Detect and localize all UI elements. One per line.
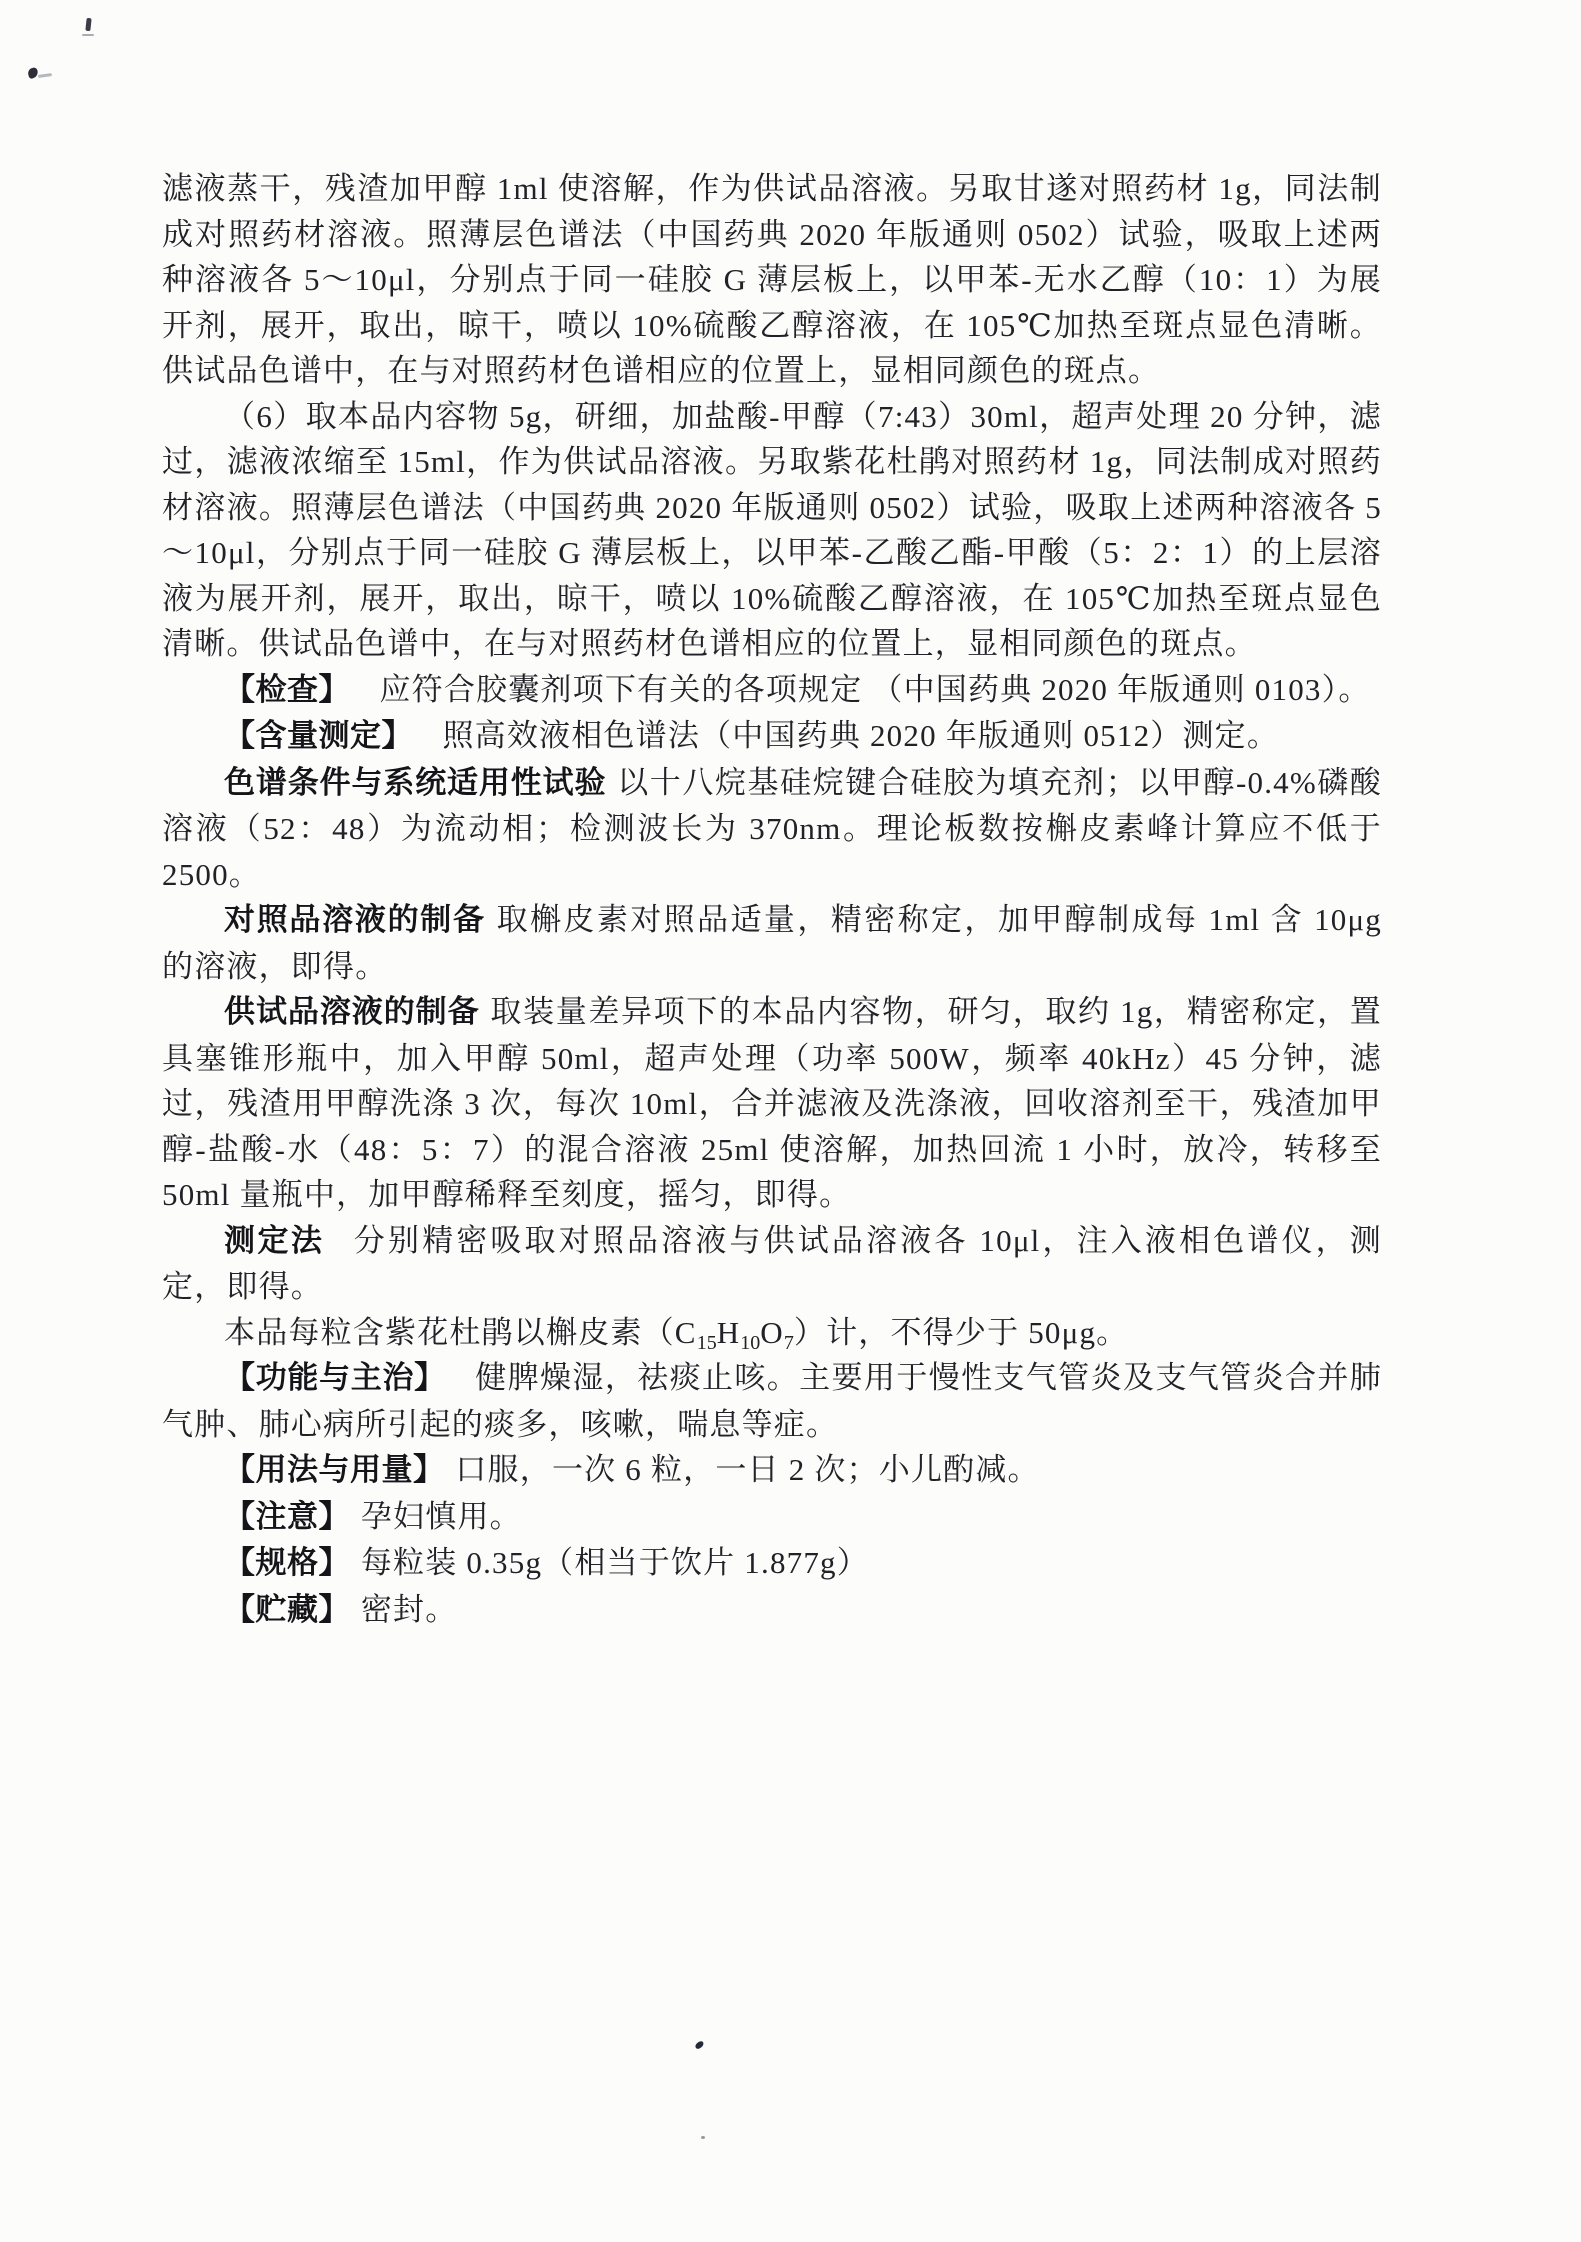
chemical-formula-subscript: 7: [784, 1332, 794, 1354]
storage-text: 密封。: [361, 1592, 458, 1627]
paragraph-tlc-gansui-continued: 滤液蒸干，残渣加甲醇 1ml 使溶解，作为供试品溶液。另取甘遂对照药材 1g，同…: [162, 166, 1382, 394]
chemical-formula-subscript: 10: [740, 1332, 760, 1354]
paragraph-determination: 测定法分别精密吸取对照品溶液与供试品溶液各 10μl，注入液相色谱仪，测定，即得…: [162, 1218, 1382, 1310]
subsection-label-test-solution: 供试品溶液的制备: [224, 994, 480, 1030]
paragraph-check: 【检查】应符合胶囊剂项下有关的各项规定 （中国药典 2020 年版通则 0103…: [162, 667, 1382, 714]
paragraph-test-solution: 供试品溶液的制备取装量差异项下的本品内容物，研匀，取约 1g，精密称定，置具塞锥…: [162, 989, 1382, 1218]
subsection-label-reference-solution: 对照品溶液的制备: [224, 902, 486, 938]
subsection-label-determination: 测定法: [224, 1223, 324, 1259]
section-label-caution: 【注意】: [224, 1499, 350, 1535]
chemical-formula-element: H: [717, 1315, 741, 1350]
paragraph-assay: 【含量测定】照高效液相色谱法（中国药典 2020 年版通则 0512）测定。: [162, 713, 1382, 760]
scanned-document-page: 滤液蒸干，残渣加甲醇 1ml 使溶解，作为供试品溶液。另取甘遂对照药材 1g，同…: [0, 0, 1581, 2242]
section-label-assay: 【含量测定】: [224, 718, 413, 754]
section-label-storage: 【贮藏】: [224, 1592, 350, 1628]
paragraph-storage: 【贮藏】密封。: [162, 1587, 1382, 1634]
paragraph-content-limit: 本品每粒含紫花杜鹃以槲皮素（C15H10O7）计，不得少于 50μg。: [162, 1310, 1382, 1356]
specification-text: 每粒装 0.35g（相当于饮片 1.877g）: [361, 1545, 869, 1580]
section-label-dosage: 【用法与用量】: [224, 1452, 445, 1488]
subsection-label-system-suitability: 色谱条件与系统适用性试验: [224, 765, 606, 801]
determination-text: 分别精密吸取对照品溶液与供试品溶液各 10μl，注入液相色谱仪，测定，即得。: [162, 1223, 1382, 1305]
ink-speck: [694, 2040, 705, 2050]
chemical-formula-subscript: 15: [697, 1332, 717, 1354]
ink-speck: [701, 2136, 705, 2139]
document-body: 滤液蒸干，残渣加甲醇 1ml 使溶解，作为供试品溶液。另取甘遂对照药材 1g，同…: [162, 166, 1382, 1633]
content-limit-suffix: ）计，不得少于 50μg。: [794, 1315, 1128, 1350]
section-label-function-indication: 【功能与主治】: [224, 1360, 446, 1396]
ink-speck: [27, 67, 40, 80]
section-label-check: 【检查】: [224, 672, 350, 708]
paragraph-specification: 【规格】每粒装 0.35g（相当于饮片 1.877g）: [162, 1540, 1382, 1587]
paragraph-function-indication: 【功能与主治】健脾燥湿，祛痰止咳。主要用于慢性支气管炎及支气管炎合并肺气肿、肺心…: [162, 1355, 1382, 1447]
ink-speck: [82, 34, 94, 36]
paragraph-dosage: 【用法与用量】口服，一次 6 粒，一日 2 次；小儿酌减。: [162, 1447, 1382, 1494]
content-limit-prefix: 本品每粒含紫花杜鹃以槲皮素（C: [224, 1315, 697, 1350]
dosage-text: 口服，一次 6 粒，一日 2 次；小儿酌减。: [455, 1452, 1039, 1487]
section-label-specification: 【规格】: [224, 1545, 350, 1581]
caution-text: 孕妇慎用。: [361, 1499, 522, 1534]
paragraph-reference-solution: 对照品溶液的制备取槲皮素对照品适量，精密称定，加甲醇制成每 1ml 含 10μg…: [162, 897, 1382, 989]
paragraph-caution: 【注意】孕妇慎用。: [162, 1494, 1382, 1541]
assay-text: 照高效液相色谱法（中国药典 2020 年版通则 0512）测定。: [442, 718, 1279, 753]
ink-speck: [85, 18, 91, 31]
paragraph-system-suitability: 色谱条件与系统适用性试验以十八烷基硅烷键合硅胶为填充剂；以甲醇-0.4%磷酸溶液…: [162, 760, 1382, 898]
paragraph-tlc-item6: （6）取本品内容物 5g，研细，加盐酸-甲醇（7:43）30ml，超声处理 20…: [162, 394, 1382, 667]
ink-speck: [38, 73, 52, 78]
chemical-formula-element: O: [760, 1315, 784, 1350]
check-text: 应符合胶囊剂项下有关的各项规定 （中国药典 2020 年版通则 0103）。: [379, 672, 1370, 707]
